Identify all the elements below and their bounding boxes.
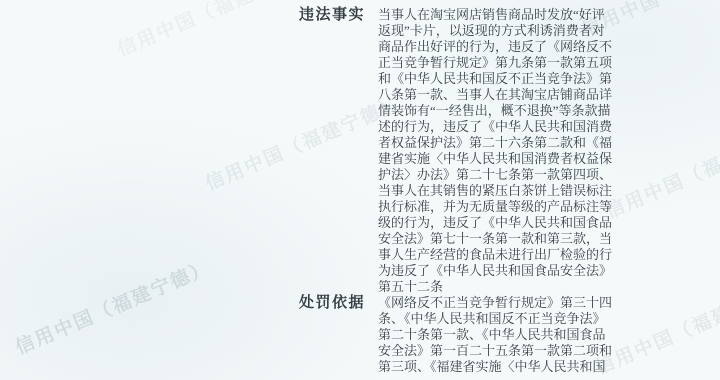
field-row-penalty-basis: 处罚依据 《网络反不正当竞争暂行规定》第三十四条、《中华人民共和国反不正当竞争法… <box>299 295 629 375</box>
document-page: 信用中国（福建宁德） 信用中国（福建宁德） 信用中国（福建宁德） 信用中国（福建… <box>0 0 720 380</box>
document-content: 违法事实 当事人在淘宝网店销售商品时发放“好评返现”卡片，以返现的方式利诱消费者… <box>299 7 629 375</box>
field-row-violation-facts: 违法事实 当事人在淘宝网店销售商品时发放“好评返现”卡片，以返现的方式利诱消费者… <box>299 7 629 295</box>
watermark-text: 信用中国（福建宁德） <box>11 253 215 360</box>
field-label-violation-facts: 违法事实 <box>299 7 365 23</box>
field-label-penalty-basis: 处罚依据 <box>299 295 365 311</box>
watermark-text: 信用中国（福建宁德） <box>113 0 317 62</box>
field-value-penalty-basis: 《网络反不正当竞争暂行规定》第三十四条、《中华人民共和国反不正当竞争法》第二十条… <box>378 295 614 375</box>
field-value-violation-facts: 当事人在淘宝网店销售商品时发放“好评返现”卡片，以返现的方式利诱消费者对商品作出… <box>378 7 614 295</box>
